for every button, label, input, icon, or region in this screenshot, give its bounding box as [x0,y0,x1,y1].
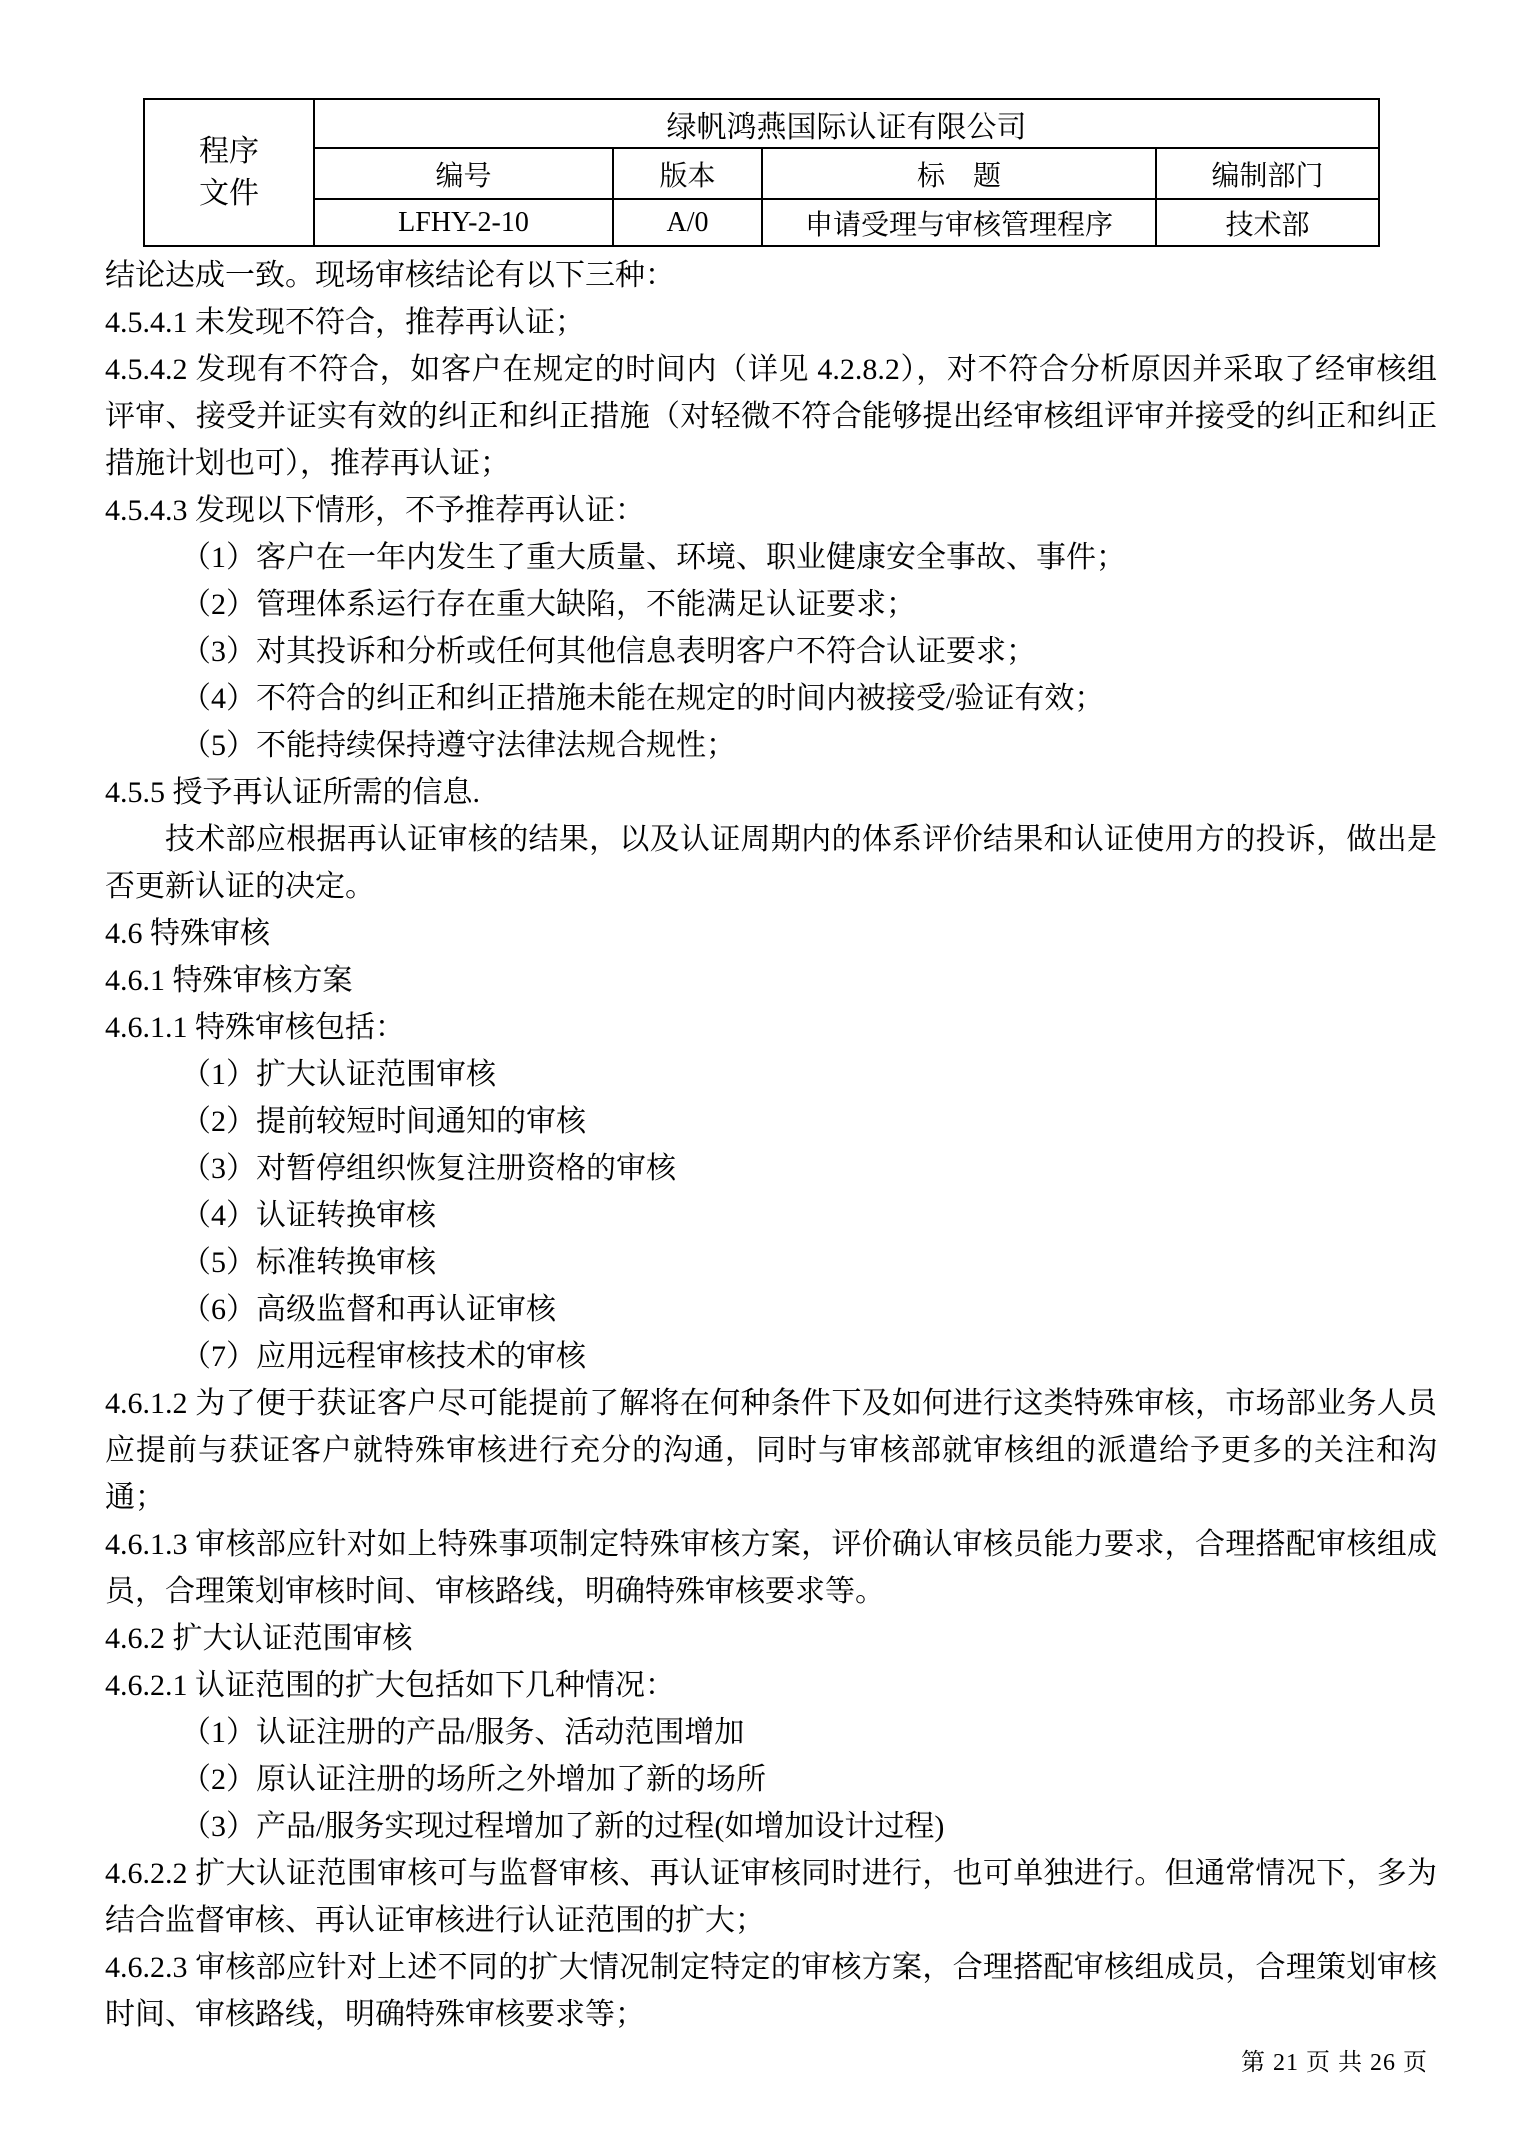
paragraph: 4.6.1.3 审核部应针对如上特殊事项制定特殊审核方案，评价确认审核员能力要求… [105,1521,1437,1615]
document-header-table: 程序 文件 绿帆鸿燕国际认证有限公司 编号 版本 标 题 编制部门 LFHY-2… [143,98,1380,247]
paragraph: 4.6.2.1 认证范围的扩大包括如下几种情况： [105,1662,1437,1709]
paragraph: （2）管理体系运行存在重大缺陷，不能满足认证要求； [105,581,1437,628]
paragraph: 4.6.1 特殊审核方案 [105,957,1437,1004]
doc-title: 申请受理与审核管理程序 [762,199,1156,246]
paragraph: 4.6.1.1 特殊审核包括： [105,1004,1437,1051]
doc-version: A/0 [613,199,762,246]
doc-type-line2: 文件 [145,173,313,215]
document-body: 结论达成一致。现场审核结论有以下三种：4.5.4.1 未发现不符合，推荐再认证；… [105,252,1437,2038]
paragraph: （6）高级监督和再认证审核 [105,1286,1437,1333]
doc-type-line1: 程序 [145,131,313,173]
paragraph: 4.6.2 扩大认证范围审核 [105,1615,1437,1662]
paragraph: 4.5.4.3 发现以下情形，不予推荐再认证： [105,487,1437,534]
col-label-title: 标 题 [762,148,1156,199]
paragraph: （3）对其投诉和分析或任何其他信息表明客户不符合认证要求； [105,628,1437,675]
col-label-dept: 编制部门 [1156,148,1379,199]
paragraph: （1）客户在一年内发生了重大质量、环境、职业健康安全事故、事件； [105,534,1437,581]
paragraph: （4）不符合的纠正和纠正措施未能在规定的时间内被接受/验证有效； [105,675,1437,722]
paragraph: （1）认证注册的产品/服务、活动范围增加 [105,1709,1437,1756]
page-number: 第 21 页 共 26 页 [1241,2042,1428,2077]
paragraph: （5）标准转换审核 [105,1239,1437,1286]
paragraph: 4.6.1.2 为了便于获证客户尽可能提前了解将在何种条件下及如何进行这类特殊审… [105,1380,1437,1521]
paragraph: （5）不能持续保持遵守法律法规合规性； [105,722,1437,769]
paragraph: （4）认证转换审核 [105,1192,1437,1239]
paragraph: 4.6 特殊审核 [105,910,1437,957]
paragraph: 技术部应根据再认证审核的结果，以及认证周期内的体系评价结果和认证使用方的投诉，做… [105,816,1437,910]
paragraph: 4.5.4.2 发现有不符合，如客户在规定的时间内（详见 4.2.8.2），对不… [105,346,1437,487]
paragraph: （2）提前较短时间通知的审核 [105,1098,1437,1145]
paragraph: 4.5.4.1 未发现不符合，推荐再认证； [105,299,1437,346]
doc-dept: 技术部 [1156,199,1379,246]
col-label-no: 编号 [314,148,613,199]
paragraph: （7）应用远程审核技术的审核 [105,1333,1437,1380]
col-label-version: 版本 [613,148,762,199]
paragraph: 结论达成一致。现场审核结论有以下三种： [105,252,1437,299]
document-page: { "header_table": { "doc_type_line1": "程… [0,0,1514,2140]
doc-type-cell: 程序 文件 [144,99,314,246]
paragraph: （3）产品/服务实现过程增加了新的过程(如增加设计过程) [105,1803,1437,1850]
company-name: 绿帆鸿燕国际认证有限公司 [314,99,1379,148]
paragraph: （2）原认证注册的场所之外增加了新的场所 [105,1756,1437,1803]
paragraph: 4.6.2.2 扩大认证范围审核可与监督审核、再认证审核同时进行，也可单独进行。… [105,1850,1437,1944]
paragraph: 4.5.5 授予再认证所需的信息. [105,769,1437,816]
paragraph: （3）对暂停组织恢复注册资格的审核 [105,1145,1437,1192]
paragraph: （1）扩大认证范围审核 [105,1051,1437,1098]
paragraph: 4.6.2.3 审核部应针对上述不同的扩大情况制定特定的审核方案，合理搭配审核组… [105,1944,1437,2038]
doc-number: LFHY-2-10 [314,199,613,246]
